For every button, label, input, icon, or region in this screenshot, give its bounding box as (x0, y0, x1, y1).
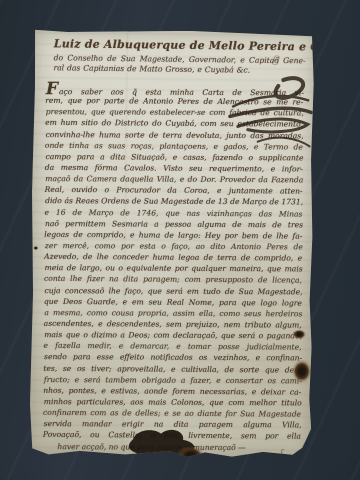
manuscript-line: mais que o dizimo a Deos; com declaraçaõ… (44, 329, 302, 341)
manuscript-line: dido ás Reaes Ordens de Sua Magestade de… (45, 195, 303, 207)
letterhead: Luiz de Albuquerque de Mello Pereira e C… (53, 37, 305, 75)
ink-scribble-crossout (227, 71, 313, 167)
manuscript-line: cuja concessaõ lhe faço, que será em tud… (45, 285, 303, 297)
manuscript-line: naõ permittem Sesmaria a pessoa alguma d… (45, 218, 303, 230)
manuscript-line: fructo; e será tambem obrigado a fazer, … (44, 374, 302, 386)
manuscript-line: meia de largo, ou o equivalente por qual… (45, 262, 303, 274)
paper-fleck-left-edge (33, 246, 38, 250)
manuscript-line: a mesma, como cousa propria, assim ella,… (44, 307, 302, 319)
manuscript-line: conta lhe fizer na dita paragem; com pre… (44, 273, 302, 286)
manuscript-line: zer mercê, como por esta o faço, ao dito… (45, 240, 303, 252)
letterhead-line-3: ral das Capitanias de Matto Grosso, e Cu… (53, 63, 250, 74)
burn-mark-right-upper (292, 329, 306, 339)
manuscript-line: minhos particulares, aos mais Colonos, q… (44, 396, 302, 408)
letterhead-line-1: Luiz de Albuquerque de Mello Pereira e C… (54, 37, 306, 53)
manuscript-line: sendo para esse effeito notificados os v… (44, 351, 302, 363)
manuscript-line: maçaõ da Camera daquella Villa, e do Dor… (45, 173, 303, 185)
manuscript-paper: 8 Luiz de Albuquerque de Mello Pereira e… (29, 29, 316, 458)
